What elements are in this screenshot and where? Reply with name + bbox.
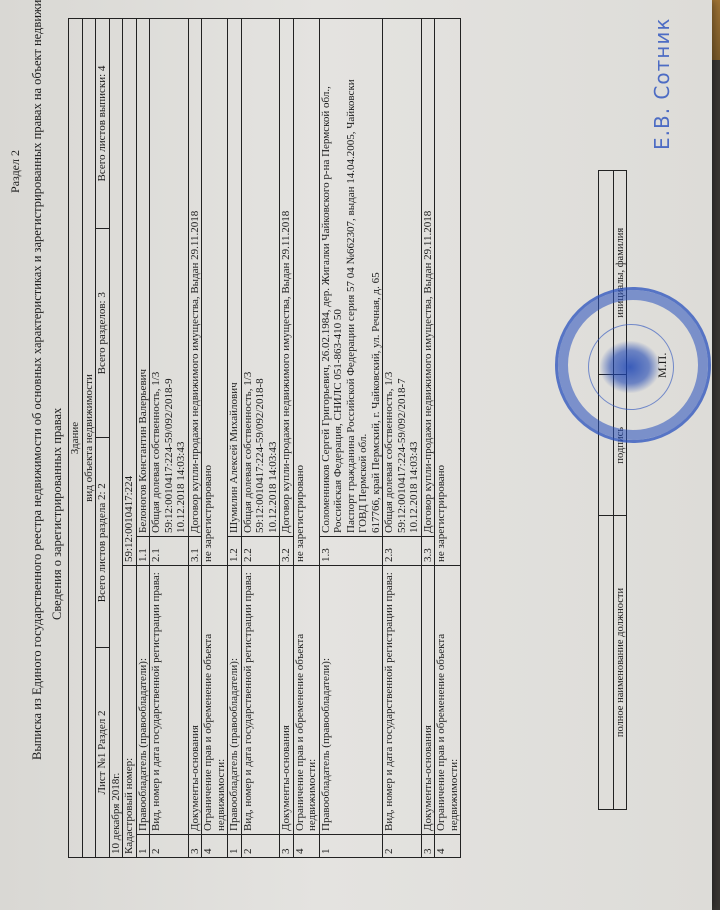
row-number: 3 xyxy=(188,835,202,858)
row-subnumber: 3.1 xyxy=(188,537,202,566)
row-subnumber: 2.2 xyxy=(241,537,280,566)
row-number: 4 xyxy=(435,835,461,858)
row-number: 3 xyxy=(421,835,435,858)
row-value-line: ГОВД Пермской обл. xyxy=(357,22,370,533)
row-value-line: 59:12:0010417:224-59/092/2018-7 xyxy=(396,22,409,533)
row-value-line: Договор купли-продажи недвижимого имущес… xyxy=(280,22,293,533)
row-label: Правообладатель (правообладатели): xyxy=(136,566,150,835)
position-caption: полное наименование должности xyxy=(614,516,627,810)
row-value: Общая долевая собственность, 1/359:12:00… xyxy=(383,19,422,537)
row-subnumber: 3.3 xyxy=(421,537,435,566)
document-paper: Раздел 2 Выписка из Единого государствен… xyxy=(0,0,712,910)
row-label: Ограничение прав и обременение объекта н… xyxy=(435,566,461,835)
total-sections: Всего разделов: 3 xyxy=(96,229,109,439)
stamp-place-label: М.П. xyxy=(655,353,670,378)
rights-row: 1Правообладатель (правообладатели):1.1Бе… xyxy=(136,19,150,858)
document-subtitle: Сведения о зарегистрированных правах xyxy=(50,408,65,620)
row-value-line: 59:12:0010417:224-59/092/2018-9 xyxy=(163,22,176,533)
row-value-line: Российская Федерация, СНИЛС 051-863-410 … xyxy=(332,22,345,533)
row-label: Документы-основания xyxy=(188,566,202,835)
row-value-line: Паспорт гражданина Российской Федерации … xyxy=(345,22,358,533)
rights-row: 3Документы-основания3.2Договор купли-про… xyxy=(280,19,294,858)
row-subnumber: 2.1 xyxy=(150,537,189,566)
row-number: 1 xyxy=(228,835,242,858)
row-value: Общая долевая собственность, 1/359:12:00… xyxy=(150,19,189,537)
row-number: 1 xyxy=(319,835,383,858)
row-number: 2 xyxy=(150,835,189,858)
row-value-line: Общая долевая собственность, 1/3 xyxy=(242,22,255,533)
rights-row: 2Вид, номер и дата государственной регис… xyxy=(383,19,422,858)
row-value-line: Шумилин Алексей Михайлович xyxy=(228,22,241,533)
row-value: Общая долевая собственность, 1/359:12:00… xyxy=(241,19,280,537)
total-sheets-section: Всего листов раздела 2: 2 xyxy=(96,438,109,648)
row-number: 2 xyxy=(241,835,280,858)
row-label: Ограничение прав и обременение объекта н… xyxy=(202,566,228,835)
section-label: Раздел 2 xyxy=(8,150,23,193)
row-subnumber: 1.1 xyxy=(136,537,150,566)
row-number: 1 xyxy=(136,835,150,858)
row-subnumber: 2.3 xyxy=(383,537,422,566)
sheet-info-row: Лист №1 Раздел 2 Всего листов раздела 2:… xyxy=(96,19,109,857)
row-number: 4 xyxy=(293,835,319,858)
signature-block: полное наименование должности подпись ин… xyxy=(598,170,627,810)
total-sheets-extract: Всего листов выписки: 4 xyxy=(96,19,109,229)
row-label: Правообладатель (правообладатели): xyxy=(319,566,383,835)
row-number: 4 xyxy=(202,835,228,858)
row-label: Документы-основания xyxy=(280,566,294,835)
row-value-line: 10.12.2018 14:03:43 xyxy=(175,22,188,533)
cadastral-number: 59:12:0010417:224 xyxy=(123,19,137,566)
official-stamp-icon xyxy=(555,287,711,443)
row-value: не зарегистрировано xyxy=(293,19,319,566)
row-value: Соломенников Сергей Григорьевич, 26.02.1… xyxy=(319,19,383,537)
row-value-line: 10.12.2018 14:03:43 xyxy=(267,22,280,533)
row-label: Правообладатель (правообладатели): xyxy=(228,566,242,835)
row-value-line: Белоногов Константин Валерьевич xyxy=(137,22,150,533)
double-headed-eagle-icon xyxy=(600,341,660,393)
row-subnumber: 1.3 xyxy=(319,537,383,566)
rights-row: 3Документы-основания3.3Договор купли-про… xyxy=(421,19,435,858)
row-value-line: Договор купли-продажи недвижимого имущес… xyxy=(422,22,435,533)
row-label: Вид, номер и дата государственной регист… xyxy=(383,566,422,835)
object-type-value: Здание xyxy=(69,19,83,858)
row-value-line: 10.12.2018 14:03:43 xyxy=(408,22,421,533)
row-value-line: Соломенников Сергей Григорьевич, 26.02.1… xyxy=(320,22,333,533)
rights-row: 3Документы-основания3.1Договор купли-про… xyxy=(188,19,202,858)
row-value: Шумилин Алексей Михайлович xyxy=(228,19,242,537)
row-value: Договор купли-продажи недвижимого имущес… xyxy=(280,19,294,537)
rights-row: 2Вид, номер и дата государственной регис… xyxy=(241,19,280,858)
row-number: 3 xyxy=(280,835,294,858)
row-value-line: 59:12:0010417:224-59/092/2018-8 xyxy=(254,22,267,533)
sheet-number: Лист №1 Раздел 2 xyxy=(96,648,109,858)
rights-row: 4Ограничение прав и обременение объекта … xyxy=(202,19,228,858)
row-label: Вид, номер и дата государственной регист… xyxy=(150,566,189,835)
cadastral-label: Кадастровый номер: xyxy=(123,566,137,858)
rights-row: 4Ограничение прав и обременение объекта … xyxy=(435,19,461,858)
rights-row: 1Правообладатель (правообладатели):1.3Со… xyxy=(319,19,383,858)
row-value: не зарегистрировано xyxy=(202,19,228,566)
row-value: не зарегистрировано xyxy=(435,19,461,566)
row-value: Договор купли-продажи недвижимого имущес… xyxy=(188,19,202,537)
rights-row: 2Вид, номер и дата государственной регис… xyxy=(150,19,189,858)
row-number: 2 xyxy=(383,835,422,858)
document-title: Выписка из Единого государственного реес… xyxy=(30,60,45,760)
rights-row: 4Ограничение прав и обременение объекта … xyxy=(293,19,319,858)
rights-table: Здание вид объекта недвижимости Лист №1 … xyxy=(68,18,461,858)
row-label: Ограничение прав и обременение объекта н… xyxy=(293,566,319,835)
signer-name-stamp: Е.В. Сотник xyxy=(650,18,674,150)
row-value-line: Общая долевая собственность, 1/3 xyxy=(383,22,396,533)
row-label: Вид, номер и дата государственной регист… xyxy=(241,566,280,835)
row-value: Белоногов Константин Валерьевич xyxy=(136,19,150,537)
row-subnumber: 1.2 xyxy=(228,537,242,566)
position-field xyxy=(599,516,614,810)
row-value-line: Общая долевая собственность, 1/3 xyxy=(150,22,163,533)
rights-row: 1Правообладатель (правообладатели):1.2Шу… xyxy=(228,19,242,858)
row-label: Документы-основания xyxy=(421,566,435,835)
row-value: Договор купли-продажи недвижимого имущес… xyxy=(421,19,435,537)
object-type-caption: вид объекта недвижимости xyxy=(82,19,96,858)
row-value-line: 617766, край Пермский, г. Чайковский, ул… xyxy=(370,22,383,533)
extract-date: 10 декабря 2018г. xyxy=(109,19,123,858)
row-subnumber: 3.2 xyxy=(280,537,294,566)
document-page: Раздел 2 Выписка из Единого государствен… xyxy=(0,0,712,910)
row-value-line: Договор купли-продажи недвижимого имущес… xyxy=(189,22,202,533)
